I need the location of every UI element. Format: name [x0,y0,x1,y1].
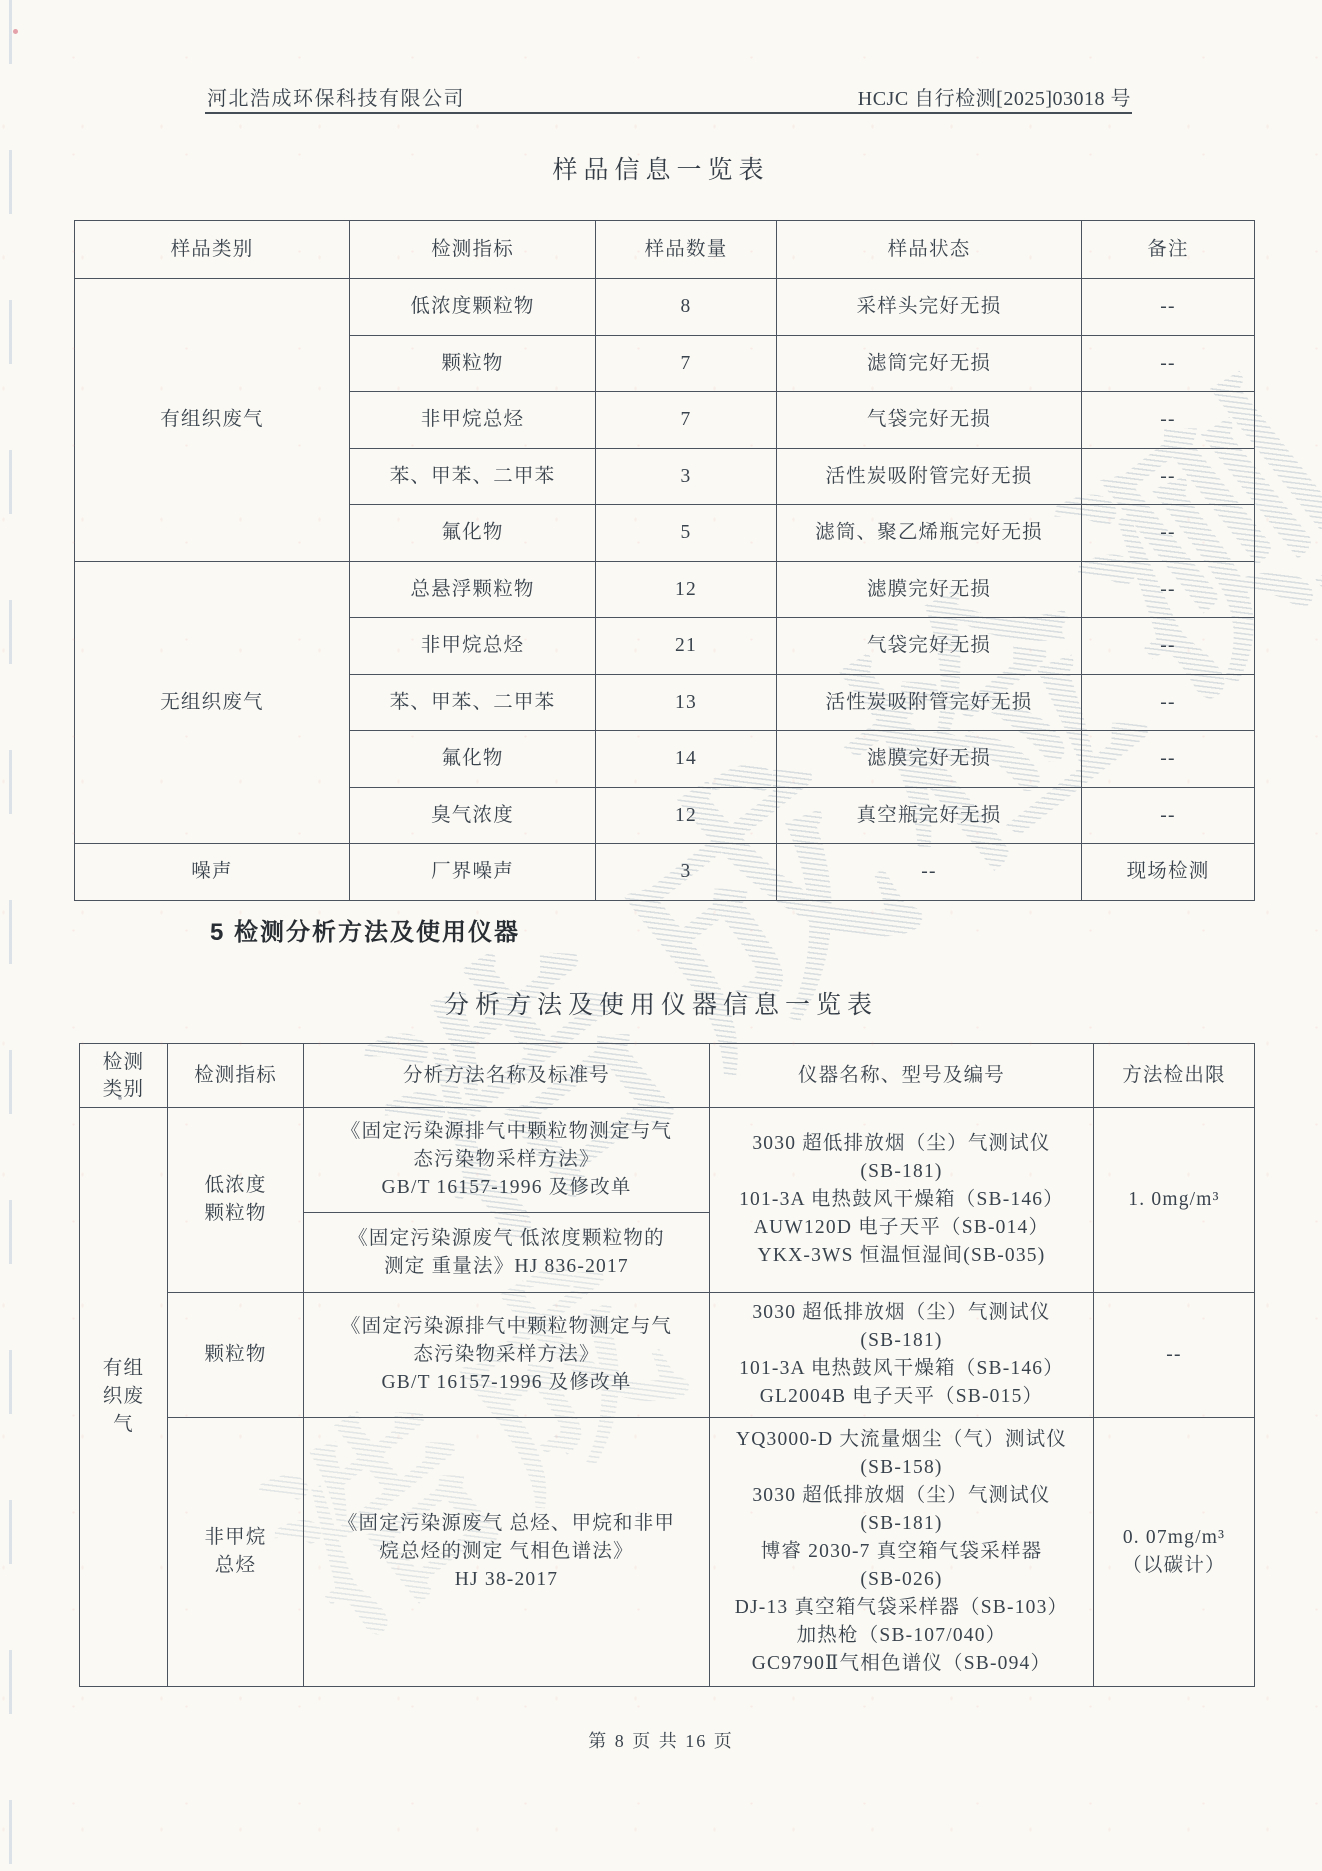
sample-category: 噪声 [75,844,350,901]
section-5-heading: 5 检测分析方法及使用仪器 [210,912,520,947]
sample-remark: -- [1082,505,1255,562]
sample-remark: -- [1082,731,1255,788]
scan-dot [13,29,18,34]
sample-count: 3 [596,448,777,505]
sample-indicator: 苯、甲苯、二甲苯 [350,448,596,505]
method-limit: -- [1094,1293,1255,1418]
sample-status: 采样头完好无损 [777,279,1082,336]
sample-count: 14 [596,731,777,788]
sample-indicator: 非甲烷总烃 [350,392,596,449]
sample-count: 3 [596,844,777,901]
sample-count: 7 [596,335,777,392]
method-column-header: 检测指标 [168,1044,304,1108]
sample-row: 无组织废气总悬浮颗粒物12滤膜完好无损-- [75,561,1255,618]
sample-indicator: 氟化物 [350,731,596,788]
method-row: 颗粒物《固定污染源排气中颗粒物测定与气态污染物采样方法》GB/T 16157-1… [80,1293,1255,1418]
sample-status: 滤膜完好无损 [777,731,1082,788]
method-column-header: 检测类别 [80,1044,168,1108]
sample-column-header: 样品类别 [75,221,350,279]
sample-remark: -- [1082,448,1255,505]
sample-table-body: 有组织废气低浓度颗粒物8采样头完好无损--颗粒物7滤筒完好无损--非甲烷总烃7气… [75,279,1255,901]
sample-category: 有组织废气 [75,279,350,562]
method-row: 有组织废气低浓度颗粒物《固定污染源排气中颗粒物测定与气态污染物采样方法》GB/T… [80,1108,1255,1213]
method-limit: 0. 07mg/m³（以碳计） [1094,1418,1255,1687]
sample-row: 噪声厂界噪声3--现场检测 [75,844,1255,901]
sample-indicator: 非甲烷总烃 [350,618,596,675]
document-number: HCJC 自行检测[2025]03018 号 [858,82,1131,111]
method-instruments: 3030 超低排放烟（尘）气测试仪(SB-181)101-3A 电热鼓风干燥箱（… [710,1108,1094,1293]
method-name: 《固定污染源废气 总烃、甲烷和非甲烷总烃的测定 气相色谱法》HJ 38-2017 [304,1418,710,1687]
sample-status: 真空瓶完好无损 [777,787,1082,844]
sample-table-head: 样品类别检测指标样品数量样品状态备注 [75,221,1255,279]
sample-column-header: 备注 [1082,221,1255,279]
method-instruments: YQ3000-D 大流量烟尘（气）测试仪(SB-158)3030 超低排放烟（尘… [710,1418,1094,1687]
method-table-body: 有组织废气低浓度颗粒物《固定污染源排气中颗粒物测定与气态污染物采样方法》GB/T… [80,1108,1255,1687]
sample-remark: -- [1082,618,1255,675]
header-rule [205,112,1132,114]
sample-indicator: 低浓度颗粒物 [350,279,596,336]
sample-status: 滤筒完好无损 [777,335,1082,392]
method-limit: 1. 0mg/m³ [1094,1108,1255,1293]
sample-status: 滤膜完好无损 [777,561,1082,618]
sample-row: 有组织废气低浓度颗粒物8采样头完好无损-- [75,279,1255,336]
method-name: 《固定污染源废气 低浓度颗粒物的测定 重量法》HJ 836-2017 [304,1213,710,1293]
sample-remark: -- [1082,392,1255,449]
sample-status: 滤筒、聚乙烯瓶完好无损 [777,505,1082,562]
method-name: 《固定污染源排气中颗粒物测定与气态污染物采样方法》GB/T 16157-1996… [304,1293,710,1418]
sample-count: 8 [596,279,777,336]
sample-status: 气袋完好无损 [777,392,1082,449]
sample-column-header: 检测指标 [350,221,596,279]
sample-header-row: 样品类别检测指标样品数量样品状态备注 [75,221,1255,279]
sample-indicator: 臭气浓度 [350,787,596,844]
sample-remark: -- [1082,335,1255,392]
method-category: 有组织废气 [80,1108,168,1687]
method-indicator: 颗粒物 [168,1293,304,1418]
method-column-header: 分析方法名称及标准号 [304,1044,710,1108]
sample-count: 13 [596,674,777,731]
sample-category: 无组织废气 [75,561,350,844]
method-column-header: 仪器名称、型号及编号 [710,1044,1094,1108]
sample-table: 样品类别检测指标样品数量样品状态备注 有组织废气低浓度颗粒物8采样头完好无损--… [74,220,1255,901]
sample-count: 12 [596,787,777,844]
report-page: 浩成检测 浩成 河北浩成环保科技有限公司 HCJC 自行检测[2025]0301… [0,0,1322,1871]
sample-indicator: 苯、甲苯、二甲苯 [350,674,596,731]
scan-edge-artifact [9,0,12,1871]
sample-indicator: 总悬浮颗粒物 [350,561,596,618]
method-indicator: 低浓度颗粒物 [168,1108,304,1293]
method-table-title: 分析方法及使用仪器信息一览表 [0,985,1322,1021]
sample-status: 活性炭吸附管完好无损 [777,448,1082,505]
sample-indicator: 氟化物 [350,505,596,562]
sample-count: 12 [596,561,777,618]
method-row: 非甲烷总烃《固定污染源废气 总烃、甲烷和非甲烷总烃的测定 气相色谱法》HJ 38… [80,1418,1255,1687]
sample-count: 21 [596,618,777,675]
method-indicator: 非甲烷总烃 [168,1418,304,1687]
sample-column-header: 样品数量 [596,221,777,279]
sample-count: 7 [596,392,777,449]
method-header-row: 检测类别检测指标分析方法名称及标准号仪器名称、型号及编号方法检出限 [80,1044,1255,1108]
company-name: 河北浩成环保科技有限公司 [207,82,465,111]
sample-remark: -- [1082,674,1255,731]
method-table-head: 检测类别检测指标分析方法名称及标准号仪器名称、型号及编号方法检出限 [80,1044,1255,1108]
sample-count: 5 [596,505,777,562]
sample-table-title: 样品信息一览表 [0,150,1322,186]
method-column-header: 方法检出限 [1094,1044,1255,1108]
method-table: 检测类别检测指标分析方法名称及标准号仪器名称、型号及编号方法检出限 有组织废气低… [79,1043,1255,1687]
sample-remark: -- [1082,279,1255,336]
sample-remark: -- [1082,787,1255,844]
sample-indicator: 厂界噪声 [350,844,596,901]
sample-status: 活性炭吸附管完好无损 [777,674,1082,731]
method-name: 《固定污染源排气中颗粒物测定与气态污染物采样方法》GB/T 16157-1996… [304,1108,710,1213]
sample-column-header: 样品状态 [777,221,1082,279]
sample-status: 气袋完好无损 [777,618,1082,675]
method-instruments: 3030 超低排放烟（尘）气测试仪(SB-181)101-3A 电热鼓风干燥箱（… [710,1293,1094,1418]
footer-page-number: 第 8 页 共 16 页 [0,1727,1322,1753]
sample-remark: -- [1082,561,1255,618]
sample-remark: 现场检测 [1082,844,1255,901]
sample-status: -- [777,844,1082,901]
sample-indicator: 颗粒物 [350,335,596,392]
